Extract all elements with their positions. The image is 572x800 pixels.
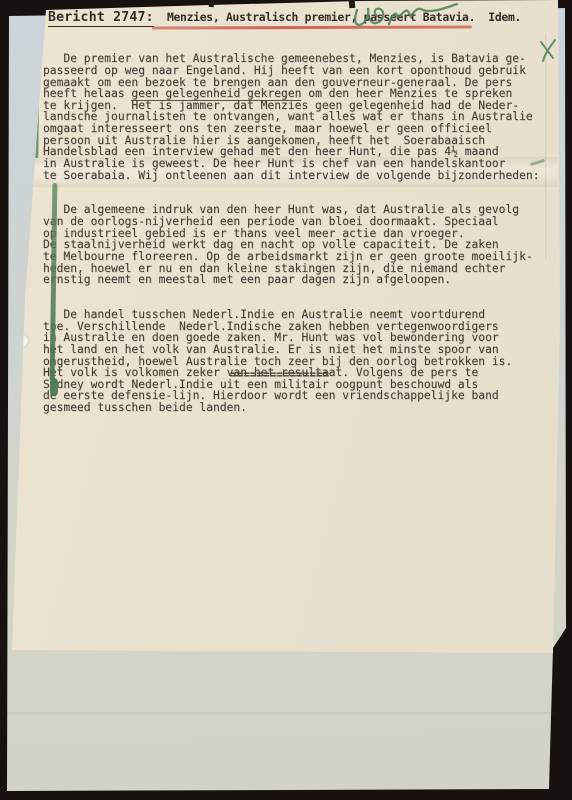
handwritten-annotation [345, 0, 460, 32]
paragraph-1-text: om den heer Menzies te spreken te krijge… [43, 87, 540, 181]
report-title: Menzies, Australisch premier, passeert B… [154, 10, 521, 24]
green-check-mark [536, 36, 562, 64]
paragraph-3: De handel tusschen Nederl.Indie en Austr… [43, 309, 540, 414]
green-marker-line-end [50, 378, 58, 396]
scanned-document: Bericht 2747: Menzies, Australisch premi… [0, 0, 572, 800]
paper-crease [7, 712, 555, 714]
top-edge-mark [349, 0, 356, 8]
paragraph-1: De premier van het Australische gemeeneb… [43, 53, 540, 181]
paragraph-2: De algemeene indruk van den heer Hunt wa… [43, 204, 540, 285]
closing-mark: =============== [230, 368, 329, 381]
report-number: Bericht 2747: [48, 10, 154, 27]
vertical-crease [545, 34, 548, 259]
top-edge-mark [209, 0, 215, 7]
